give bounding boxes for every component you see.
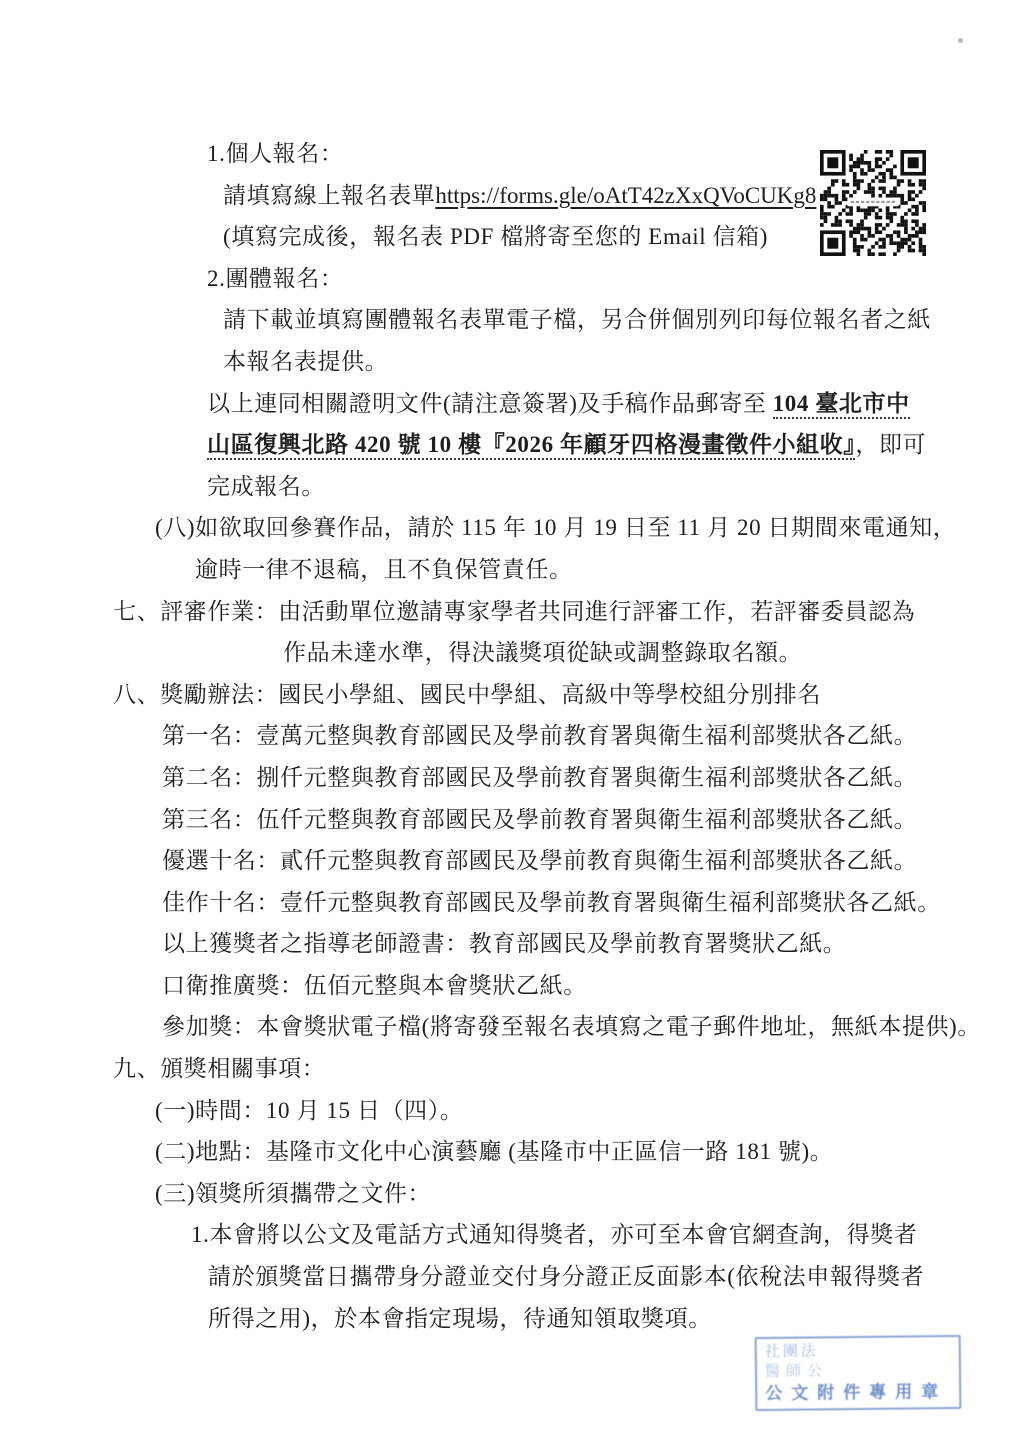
text-segment: 佳作十名：壹仟元整與教育部國民及學前教育署與衛生福利部獎狀各乙紙。 [162,890,941,915]
registration-form-url: https://forms.gle/oAtT42zXxQVoCUKg8 [435,183,816,208]
text-line: (三)領獎所須攜帶之文件： [0,1173,1024,1215]
scan-speck [958,38,963,43]
text-line: 作品未達水準，得決議獎項從缺或調整錄取名額。 [0,632,1024,674]
mailing-address: 104 臺北市中 [773,391,910,419]
text-line: 1.本會將以公文及電話方式通知得獎者，亦可至本會官網查詢，得獎者 [0,1214,1024,1256]
text-line: 請於頒獎當日攜帶身分證並交付身分證正反面影本(依稅法申報得獎者 [0,1256,1024,1298]
text-segment: 請填寫線上報名表單 [223,183,435,208]
text-line: 請下載並填寫團體報名表單電子檔，另合併個別列印每位報名者之紙 [0,299,1024,341]
text-segment: 以上連同相關證明文件(請注意簽署)及手稿作品郵寄至 [207,391,773,416]
text-segment: (三)領獎所須攜帶之文件： [155,1181,431,1206]
text-segment: 1.個人報名： [207,141,343,166]
text-line: 參加獎：本會獎狀電子檔(將寄發至報名表填寫之電子郵件地址，無紙本提供)。 [0,1006,1024,1048]
text-segment: 八、獎勵辦法：國民小學組、國民中學組、高級中等學校組分別排名 [113,682,821,707]
text-segment: 九、頒獎相關事項： [113,1056,325,1081]
text-line: 九、頒獎相關事項： [0,1048,1024,1090]
text-segment: 口衛推廣獎：伍佰元整與本會獎狀乙紙。 [162,973,587,998]
text-segment: 七、評審作業：由活動單位邀請專家學者共同進行評審工作，若評審委員認為 [113,599,915,624]
scanned-document-page: 1.個人報名：請填寫線上報名表單https://forms.gle/oAtT42… [0,0,1024,1448]
qr-code [820,150,926,256]
text-segment: (一)時間：10 月 15 日（四）。 [155,1098,463,1123]
text-line: 本報名表提供。 [0,341,1024,383]
text-line: 八、獎勵辦法：國民小學組、國民中學組、高級中等學校組分別排名 [0,674,1024,716]
document-attachment-stamp: 社團法 醫師公 公文附件專用章 [755,1335,962,1411]
text-line: 七、評審作業：由活動單位邀請專家學者共同進行評審工作，若評審委員認為 [0,591,1024,633]
text-segment: 2.團體報名： [207,266,343,291]
text-segment: 優選十名：貳仟元整與教育部國民及學前教育與衛生福利部獎狀各乙紙。 [162,848,917,873]
text-segment: 本報名表提供。 [223,349,388,374]
text-segment: 第三名：伍仟元整與教育部國民及學前教育署與衛生福利部獎狀各乙紙。 [162,807,917,832]
text-line: 第三名：伍仟元整與教育部國民及學前教育署與衛生福利部獎狀各乙紙。 [0,799,1024,841]
text-segment: 請於頒獎當日攜帶身分證並交付身分證正反面影本(依稅法申報得獎者 [208,1264,924,1289]
text-segment: 請下載並填寫團體報名表單電子檔，另合併個別列印每位報名者之紙 [223,307,931,332]
stamp-line: 社團法 [765,1340,951,1362]
text-segment: 逾時一律不退稿，且不負保管責任。 [195,557,573,582]
text-segment: 第一名：壹萬元整與教育部國民及學前教育署與衛生福利部獎狀各乙紙。 [162,723,917,748]
stamp-line: 醫師公 [765,1360,951,1382]
text-segment: 所得之用)，於本會指定現場，待通知領取獎項。 [208,1306,712,1331]
text-segment: 以上獲獎者之指導老師證書：教育部國民及學前教育署獎狀乙紙。 [162,931,846,956]
stamp-line: 公文附件專用章 [765,1380,951,1406]
text-line: 山區復興北路 420 號 10 樓『2026 年顧牙四格漫畫徵件小組收』，即可 [0,424,1024,466]
text-segment: 第二名：捌仟元整與教育部國民及學前教育署與衛生福利部獎狀各乙紙。 [162,765,917,790]
qr-code-image [820,150,926,256]
text-line: 逾時一律不退稿，且不負保管責任。 [0,549,1024,591]
text-line: 2.團體報名： [0,258,1024,300]
text-line: 口衛推廣獎：伍佰元整與本會獎狀乙紙。 [0,965,1024,1007]
text-line: 所得之用)，於本會指定現場，待通知領取獎項。 [0,1298,1024,1340]
text-line: 第二名：捌仟元整與教育部國民及學前教育署與衛生福利部獎狀各乙紙。 [0,757,1024,799]
text-line: (八)如欲取回參賽作品，請於 115 年 10 月 19 日至 11 月 20 … [0,507,1024,549]
text-segment: (八)如欲取回參賽作品，請於 115 年 10 月 19 日至 11 月 20 … [155,515,956,540]
text-segment: (二)地點：基隆市文化中心演藝廳 (基隆市中正區信一路 181 號)。 [155,1139,833,1164]
text-segment: 1.本會將以公文及電話方式通知得獎者，亦可至本會官網查詢，得獎者 [191,1222,917,1247]
text-segment: ，即可 [855,432,926,457]
mailing-address: 山區復興北路 420 號 10 樓『2026 年顧牙四格漫畫徵件小組收』 [207,432,855,460]
text-line: 佳作十名：壹仟元整與教育部國民及學前教育署與衛生福利部獎狀各乙紙。 [0,882,1024,924]
text-segment: 完成報名。 [207,474,325,499]
text-line: (一)時間：10 月 15 日（四）。 [0,1090,1024,1132]
text-line: 完成報名。 [0,466,1024,508]
text-segment: 參加獎：本會獎狀電子檔(將寄發至報名表填寫之電子郵件地址，無紙本提供)。 [162,1014,981,1039]
text-line: 以上獲獎者之指導老師證書：教育部國民及學前教育署獎狀乙紙。 [0,923,1024,965]
text-line: 以上連同相關證明文件(請注意簽署)及手稿作品郵寄至 104 臺北市中 [0,383,1024,425]
text-line: 優選十名：貳仟元整與教育部國民及學前教育與衛生福利部獎狀各乙紙。 [0,840,1024,882]
text-line: (二)地點：基隆市文化中心演藝廳 (基隆市中正區信一路 181 號)。 [0,1131,1024,1173]
document-body-text: 1.個人報名：請填寫線上報名表單https://forms.gle/oAtT42… [0,133,1024,1339]
text-segment: (填寫完成後，報名表 PDF 檔將寄至您的 Email 信箱) [223,224,768,249]
text-line: 第一名：壹萬元整與教育部國民及學前教育署與衛生福利部獎狀各乙紙。 [0,715,1024,757]
text-segment: 作品未達水準，得決議獎項從缺或調整錄取名額。 [283,640,802,665]
